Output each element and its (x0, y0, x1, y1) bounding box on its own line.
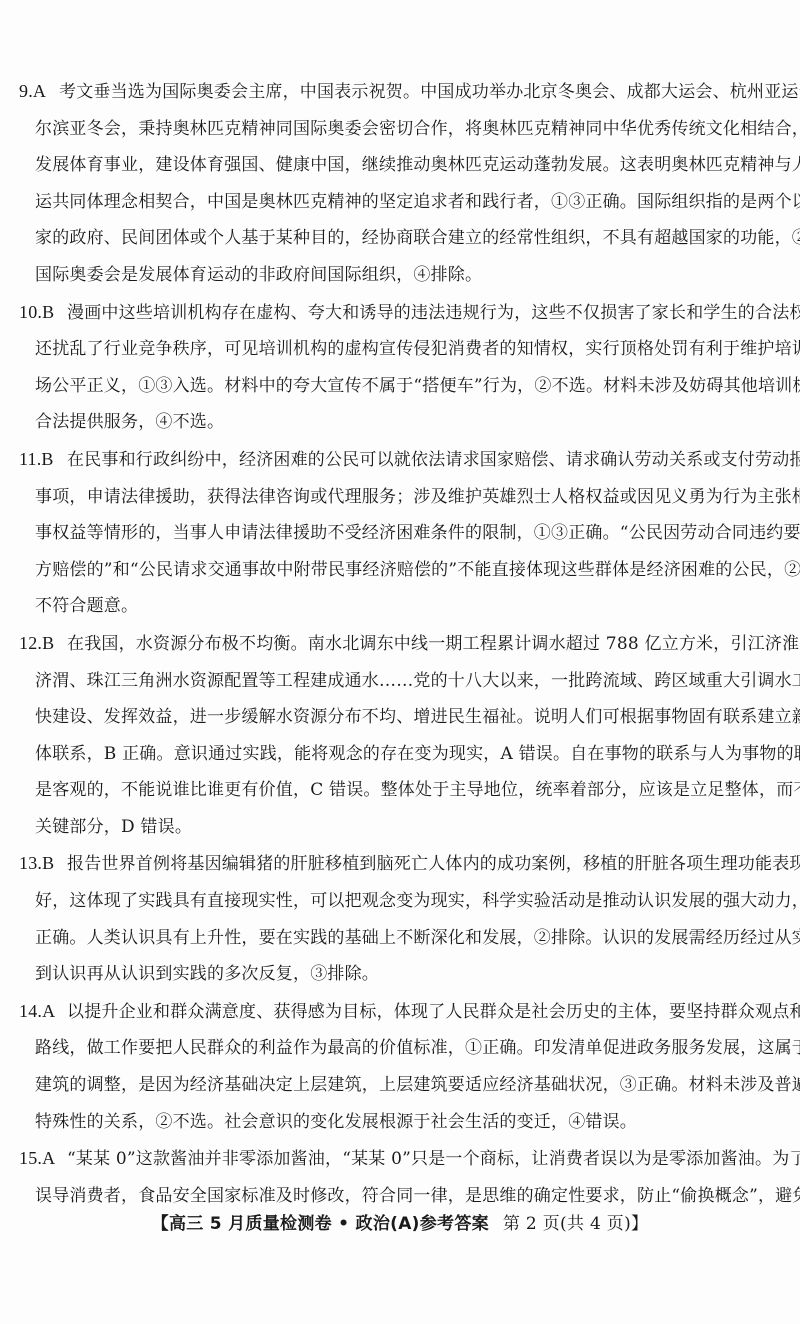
answer-line: 国际奥委会是发展体育运动的非政府间国际组织，④排除。 (19, 257, 781, 294)
answer-list: 9.A考文垂当选为国际奥委会主席，中国表示祝贺。中国成功举办北京冬奥会、成都大运… (19, 73, 781, 1214)
answer-line: 家的政府、民间团体或个人基于某种目的，经协商联合建立的经常性组织，不具有超越国家… (19, 220, 781, 257)
page-footer: 【高三 5 月质量检测卷 • 政治(A)参考答案第 2 页(共 4 页)】 (0, 1209, 800, 1234)
answer-line: 合法提供服务，④不选。 (19, 404, 781, 441)
question-number: 14.A (19, 993, 67, 1030)
answer-item: 15.A“某某 0”这款酱油并非零添加酱油，“某某 0”只是一个商标，让消费者误… (19, 1140, 781, 1214)
answer-line: 方赔偿的”和“公民请求交通事故中附带民事经济赔偿的”不能直接体现这些群体是经济困… (19, 552, 781, 589)
answer-text: 以提升企业和群众满意度、获得感为目标，体现了人民群众是社会历史的主体，要坚持群众… (67, 1002, 800, 1022)
question-number: 15.A (19, 1140, 67, 1177)
answer-text: 报告世界首例将基因编辑猪的肝脏移植到脑死亡人体内的成功案例，移植的肝脏各项生理功… (67, 854, 800, 874)
answer-first-line: 12.B在我国，水资源分布极不均衡。南水北调东中线一期工程累计调水超过 788 … (19, 625, 781, 663)
answer-text: “某某 0”这款酱油并非零添加酱油，“某某 0”只是一个商标，让消费者误以为是零… (67, 1149, 800, 1169)
answer-line: 尔滨亚冬会，秉持奥林匹克精神同国际奥委会密切合作，将奥林匹克精神同中华优秀传统文… (19, 111, 781, 148)
footer-title: 【高三 5 月质量检测卷 • 政治(A)参考答案 (152, 1214, 489, 1234)
answer-line: 建筑的调整，是因为经济基础决定上层建筑，上层建筑要适应经济基础状况，③正确。材料… (19, 1067, 781, 1104)
answer-item: 9.A考文垂当选为国际奥委会主席，中国表示祝贺。中国成功举办北京冬奥会、成都大运… (19, 73, 781, 294)
footer-page-number: 第 2 页(共 4 页)】 (503, 1214, 648, 1234)
answer-item: 11.B在民事和行政纠纷中，经济困难的公民可以就依法请求国家赔偿、请求确认劳动关… (19, 441, 781, 625)
answer-first-line: 14.A以提升企业和群众满意度、获得感为目标，体现了人民群众是社会历史的主体，要… (19, 993, 781, 1031)
answer-first-line: 11.B在民事和行政纠纷中，经济困难的公民可以就依法请求国家赔偿、请求确认劳动关… (19, 441, 781, 479)
answer-line: 还扰乱了行业竞争秩序，可见培训机构的虚构宣传侵犯消费者的知情权，实行顶格处罚有利… (19, 331, 781, 368)
answer-text: 在我国，水资源分布极不均衡。南水北调东中线一期工程累计调水超过 788 亿立方米… (67, 634, 800, 654)
answer-line: 运共同体理念相契合，中国是奥林匹克精神的坚定追求者和践行者，①③正确。国际组织指… (19, 184, 781, 221)
answer-item: 10.B漫画中这些培训机构存在虚构、夸大和诱导的违法违规行为，这些不仅损害了家长… (19, 294, 781, 441)
answer-text: 在民事和行政纠纷中，经济困难的公民可以就依法请求国家赔偿、请求确认劳动关系或支付… (67, 450, 800, 470)
answer-line: 体联系，B 正确。意识通过实践，能将观念的存在变为现实，A 错误。自在事物的联系… (19, 736, 781, 773)
question-number: 13.B (19, 845, 67, 882)
answer-line: 事项，申请法律援助，获得法律咨询或代理服务；涉及维护英雄烈士人格权益或因见义勇为… (19, 479, 781, 516)
answer-line: 发展体育事业，建设体育强国、健康中国，继续推动奥林匹克运动蓬勃发展。这表明奥林匹… (19, 147, 781, 184)
answer-line: 是客观的，不能说谁比谁更有价值，C 错误。整体处于主导地位，统率着部分，应该是立… (19, 772, 781, 809)
answer-text: 漫画中这些培训机构存在虚构、夸大和诱导的违法违规行为，这些不仅损害了家长和学生的… (67, 303, 800, 323)
answer-line: 济渭、珠江三角洲水资源配置等工程建成通水……党的十八大以来，一批跨流域、跨区域重… (19, 663, 781, 700)
question-number: 9.A (19, 73, 59, 110)
answer-item: 14.A以提升企业和群众满意度、获得感为目标，体现了人民群众是社会历史的主体，要… (19, 993, 781, 1140)
answer-item: 13.B报告世界首例将基因编辑猪的肝脏移植到脑死亡人体内的成功案例，移植的肝脏各… (19, 845, 781, 992)
answer-line: 不符合题意。 (19, 588, 781, 625)
answer-first-line: 9.A考文垂当选为国际奥委会主席，中国表示祝贺。中国成功举办北京冬奥会、成都大运… (19, 73, 781, 111)
answer-first-line: 10.B漫画中这些培训机构存在虚构、夸大和诱导的违法违规行为，这些不仅损害了家长… (19, 294, 781, 332)
answer-item: 12.B在我国，水资源分布极不均衡。南水北调东中线一期工程累计调水超过 788 … (19, 625, 781, 846)
question-number: 11.B (19, 441, 67, 478)
answer-line: 路线，做工作要把人民群众的利益作为最高的价值标准，①正确。印发清单促进政务服务发… (19, 1030, 781, 1067)
question-number: 12.B (19, 625, 67, 662)
question-number: 10.B (19, 294, 67, 331)
answer-key-page: 9.A考文垂当选为国际奥委会主席，中国表示祝贺。中国成功举办北京冬奥会、成都大运… (0, 0, 800, 1324)
answer-line: 事权益等情形的，当事人申请法律援助不受经济困难条件的限制，①③正确。“公民因劳动… (19, 515, 781, 552)
answer-line: 到认识再从认识到实践的多次反复，③排除。 (19, 956, 781, 993)
answer-first-line: 15.A“某某 0”这款酱油并非零添加酱油，“某某 0”只是一个商标，让消费者误… (19, 1140, 781, 1178)
answer-line: 特殊性的关系，②不选。社会意识的变化发展根源于社会生活的变迁，④错误。 (19, 1104, 781, 1141)
answer-line: 快建设、发挥效益，进一步缓解水资源分布不均、增进民生福祉。说明人们可根据事物固有… (19, 699, 781, 736)
answer-line: 场公平正义，①③入选。材料中的夸大宣传不属于“搭便车”行为，②不选。材料未涉及妨… (19, 368, 781, 405)
answer-line: 好，这体现了实践具有直接现实性，可以把观念变为现实，科学实验活动是推动认识发展的… (19, 883, 781, 920)
answer-first-line: 13.B报告世界首例将基因编辑猪的肝脏移植到脑死亡人体内的成功案例，移植的肝脏各… (19, 845, 781, 883)
answer-line: 正确。人类认识具有上升性，要在实践的基础上不断深化和发展，②排除。认识的发展需经… (19, 920, 781, 957)
answer-line: 关键部分，D 错误。 (19, 809, 781, 846)
answer-text: 考文垂当选为国际奥委会主席，中国表示祝贺。中国成功举办北京冬奥会、成都大运会、杭… (59, 82, 800, 102)
